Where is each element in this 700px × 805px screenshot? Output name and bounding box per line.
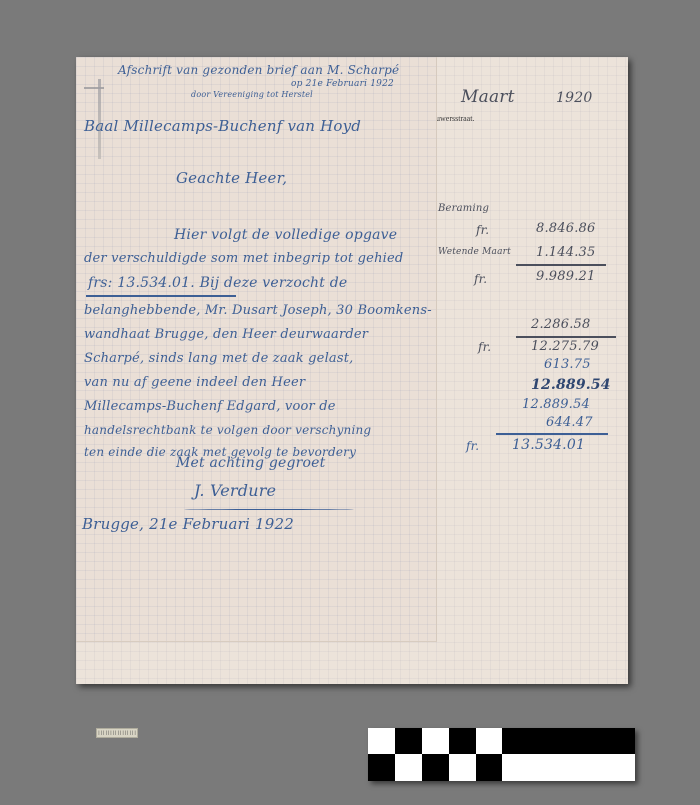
ledger-heading: Beraming — [438, 203, 489, 214]
body-line: van nu af geene indeel den Heer — [84, 375, 305, 390]
header-note: Afschrift van gezonden brief aan M. Scha… — [118, 63, 399, 77]
underline — [86, 295, 236, 297]
scale-calibration-bar — [368, 728, 635, 781]
scale-cell — [502, 728, 635, 754]
ledger-amount: 8.846.86 — [536, 221, 596, 236]
ledger-amount: 12.275.79 — [531, 339, 599, 354]
signature: J. Verdure — [194, 481, 276, 500]
body-line: handelsrechtbank te volgen door verschyn… — [84, 423, 371, 437]
addressee: Baal Millecamps-Buchenf van Hoyd — [84, 117, 361, 135]
date-year: 1920 — [556, 90, 592, 106]
ledger-amount: 613.75 — [544, 357, 591, 372]
body-line: Scharpé, sinds lang met de zaak gelast, — [84, 351, 354, 366]
header-note-date: op 21e Februari 1922 — [291, 79, 394, 89]
body-line: wandhaat Brugge, den Heer deurwaarder — [84, 327, 368, 342]
staple-mark — [84, 87, 104, 89]
body-line: belanghebbende, Mr. Dusart Joseph, 30 Bo… — [84, 303, 432, 318]
body-line: frs: 13.534.01. Bij deze verzocht de — [88, 275, 347, 291]
body-line: Hier volgt de volledige opgave — [174, 227, 397, 243]
scale-cell — [395, 754, 422, 781]
body-line: Millecamps-Buchenf Edgard, voor de — [84, 399, 336, 414]
letterhead-fragment: uwersstraat. — [436, 114, 474, 123]
ledger-amount: 12.889.54 — [531, 377, 611, 393]
ledger-amount: 2.286.58 — [531, 317, 591, 332]
scale-cell — [368, 754, 395, 781]
signature-flourish — [184, 509, 354, 510]
scale-cell — [368, 728, 395, 754]
header-note-sub: door Vereeniging tot Herstel — [191, 90, 313, 99]
sum-rule — [516, 264, 606, 266]
ledger-amount: 12.889.54 — [522, 397, 590, 412]
scale-cell — [502, 754, 635, 781]
sum-rule — [496, 433, 608, 435]
scale-cell — [395, 728, 422, 754]
scale-cell — [476, 728, 502, 754]
ledger-amount: 644.47 — [546, 415, 593, 430]
scale-cell — [422, 754, 449, 781]
scale-cell — [449, 754, 476, 781]
front-letter-sheet: Afschrift van gezonden brief aan M. Scha… — [76, 57, 437, 642]
scale-cell — [476, 754, 502, 781]
body-line: der verschuldigde som met inbegrip tot g… — [84, 251, 403, 266]
date-month: Maart — [461, 87, 515, 107]
ledger-amount: 9.989.21 — [536, 269, 596, 284]
scale-cell — [449, 728, 476, 754]
ledger-total: 13.534.01 — [512, 437, 585, 453]
ledger-amount: 1.144.35 — [536, 245, 596, 260]
catalog-label: |||||||||||||||| — [96, 728, 138, 738]
closing: Met achting gegroet — [176, 455, 325, 471]
greeting: Geachte Heer, — [176, 169, 287, 187]
sum-rule — [516, 336, 616, 338]
scale-cell — [422, 728, 449, 754]
place-date: Brugge, 21e Februari 1922 — [82, 515, 294, 533]
